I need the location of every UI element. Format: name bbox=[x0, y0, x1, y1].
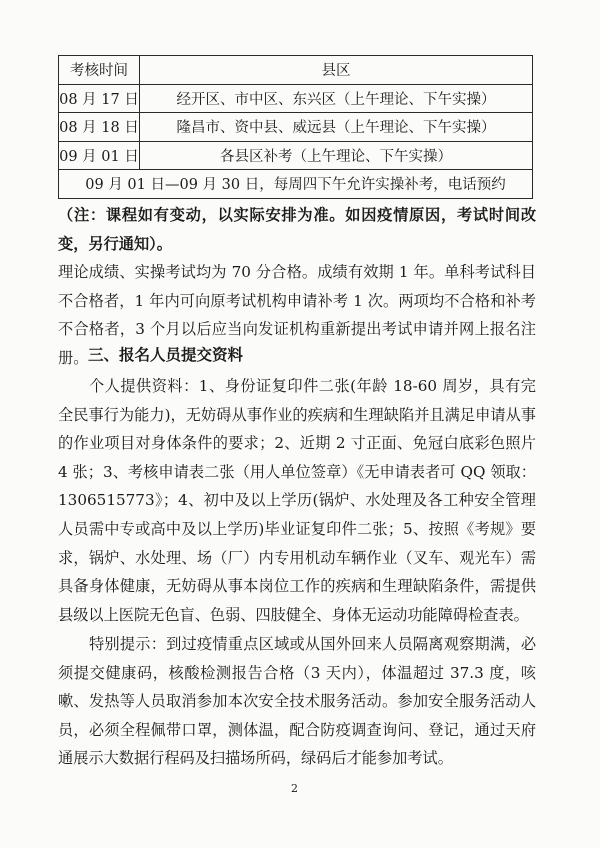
materials-text: 个人提供资料：1、身份证复印件二张(年龄 18-60 周岁，具有完全民事行为能力… bbox=[58, 372, 536, 629]
page-number: 2 bbox=[291, 782, 298, 795]
row-date: 09 月 01 日 bbox=[59, 141, 140, 170]
special-tips: 特别提示：到过疫情重点区域或从国外回来人员隔离观察期满，必须提交健康码，核酸检测… bbox=[58, 630, 536, 773]
row-date: 08 月 17 日 bbox=[59, 84, 140, 113]
row-date: 08 月 18 日 bbox=[59, 113, 140, 142]
table-row: 08 月 17 日 经开区、市中区、东兴区（上午理论、下午实操） bbox=[59, 84, 533, 113]
row-districts: 隆昌市、资中县、威远县（上午理论、下午实操） bbox=[140, 113, 533, 142]
schedule-note: （注：课程如有变动，以实际安排为准。如因疫情原因，考试时间改变，另行通知）。 bbox=[58, 201, 536, 258]
makeup-exam-note: 09 月 01 日—09 月 30 日，每周四下午允许实操补考，电话预约 bbox=[59, 170, 533, 199]
exam-schedule-table: 考核时间 县区 08 月 17 日 经开区、市中区、东兴区（上午理论、下午实操）… bbox=[58, 55, 533, 199]
header-district: 县区 bbox=[140, 56, 533, 85]
table-header-row: 考核时间 县区 bbox=[59, 56, 533, 85]
table-footer-row: 09 月 01 日—09 月 30 日，每周四下午允许实操补考，电话预约 bbox=[59, 170, 533, 199]
section-heading: 三、报名人员提交资料 bbox=[88, 343, 243, 365]
table-row: 08 月 18 日 隆昌市、资中县、威远县（上午理论、下午实操） bbox=[59, 113, 533, 142]
required-materials: 个人提供资料：1、身份证复印件二张(年龄 18-60 周岁，具有完全民事行为能力… bbox=[58, 372, 536, 629]
row-districts: 经开区、市中区、东兴区（上午理论、下午实操） bbox=[140, 84, 533, 113]
note-text: （注：课程如有变动，以实际安排为准。如因疫情原因，考试时间改变，另行通知）。 bbox=[58, 201, 536, 258]
document-page: 考核时间 县区 08 月 17 日 经开区、市中区、东兴区（上午理论、下午实操）… bbox=[0, 0, 600, 848]
table-row: 09 月 01 日 各县区补考（上午理论、下午实操） bbox=[59, 141, 533, 170]
tips-text: 特别提示：到过疫情重点区域或从国外回来人员隔离观察期满，必须提交健康码，核酸检测… bbox=[58, 630, 536, 773]
row-districts: 各县区补考（上午理论、下午实操） bbox=[140, 141, 533, 170]
header-exam-time: 考核时间 bbox=[59, 56, 140, 85]
